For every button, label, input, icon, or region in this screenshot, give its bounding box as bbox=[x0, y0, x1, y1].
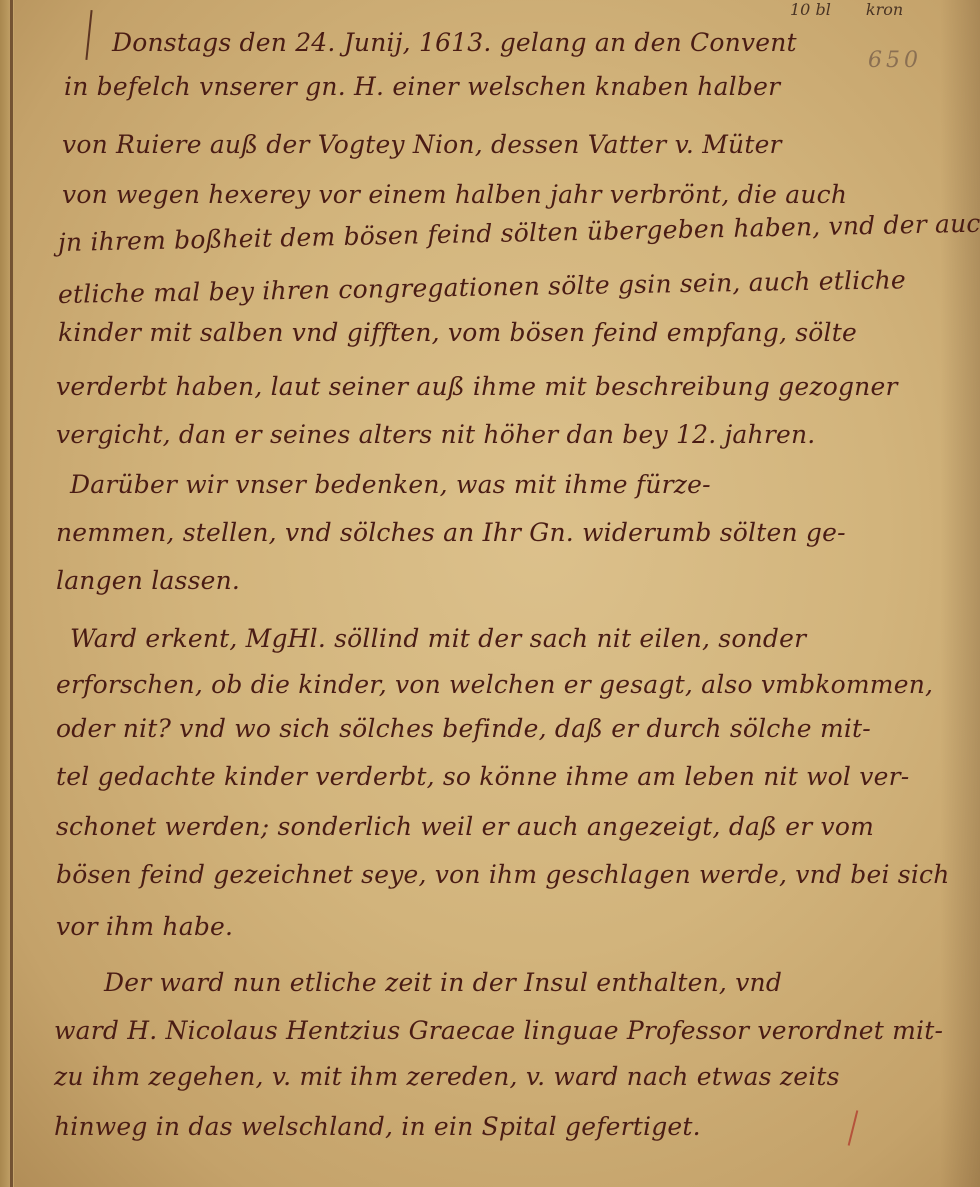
text-line: Donstags den 24. Junij, 1613. gelang an … bbox=[112, 28, 797, 57]
top-margin-note: 10 bl kron bbox=[790, 0, 933, 19]
text-line: oder nit? vnd wo sich sölches befinde, d… bbox=[56, 714, 871, 743]
manuscript-page: 10 bl kron 650 Donstags den 24. Junij, 1… bbox=[0, 0, 980, 1187]
text-line: bösen feind gezeichnet seye, von ihm ges… bbox=[56, 860, 950, 889]
top-note-left: 10 bl bbox=[790, 0, 831, 19]
text-line: nemmen, stellen, vnd sölches an Ihr Gn. … bbox=[56, 518, 846, 547]
text-line: verderbt haben, laut seiner auß ihme mit… bbox=[56, 372, 898, 401]
text-line: Der ward nun etliche zeit in der Insul e… bbox=[104, 968, 782, 997]
text-line: Ward erkent, MgHl. söllind mit der sach … bbox=[70, 624, 806, 653]
text-line: etliche mal bey ihren congregationen söl… bbox=[58, 265, 906, 309]
text-line: tel gedachte kinder verderbt, so könne i… bbox=[56, 762, 909, 791]
text-line: vergicht, dan er seines alters nit höher… bbox=[56, 420, 815, 449]
text-line: Darüber wir vnser bedenken, was mit ihme… bbox=[70, 470, 711, 499]
text-line: von wegen hexerey vor einem halben jahr … bbox=[62, 180, 847, 209]
text-line: erforschen, ob die kinder, von welchen e… bbox=[56, 670, 933, 699]
text-line: zu ihm zegehen, v. mit ihm zereden, v. w… bbox=[54, 1062, 840, 1091]
text-line: kinder mit salben vnd gifften, vom bösen… bbox=[58, 318, 857, 347]
entry-start-mark bbox=[85, 10, 92, 60]
text-line: schonet werden; sonderlich weil er auch … bbox=[56, 812, 874, 841]
page-right-shadow bbox=[940, 0, 980, 1187]
text-line: in befelch vnserer gn. H. einer welschen… bbox=[64, 72, 780, 101]
text-line: vor ihm habe. bbox=[56, 912, 233, 941]
top-note-right: kron bbox=[866, 0, 903, 19]
folio-number: 650 bbox=[868, 48, 922, 73]
text-line: jn ihrem boßheit dem bösen feind sölten … bbox=[58, 208, 980, 257]
entry-end-mark bbox=[848, 1110, 859, 1145]
page-edge-line bbox=[10, 0, 13, 1187]
text-line: ward H. Nicolaus Hentzius Graecae lingua… bbox=[54, 1016, 943, 1045]
text-line: langen lassen. bbox=[56, 566, 240, 595]
text-line: hinweg in das welschland, in ein Spital … bbox=[54, 1112, 701, 1141]
text-line: von Ruiere auß der Vogtey Nion, dessen V… bbox=[62, 130, 782, 159]
